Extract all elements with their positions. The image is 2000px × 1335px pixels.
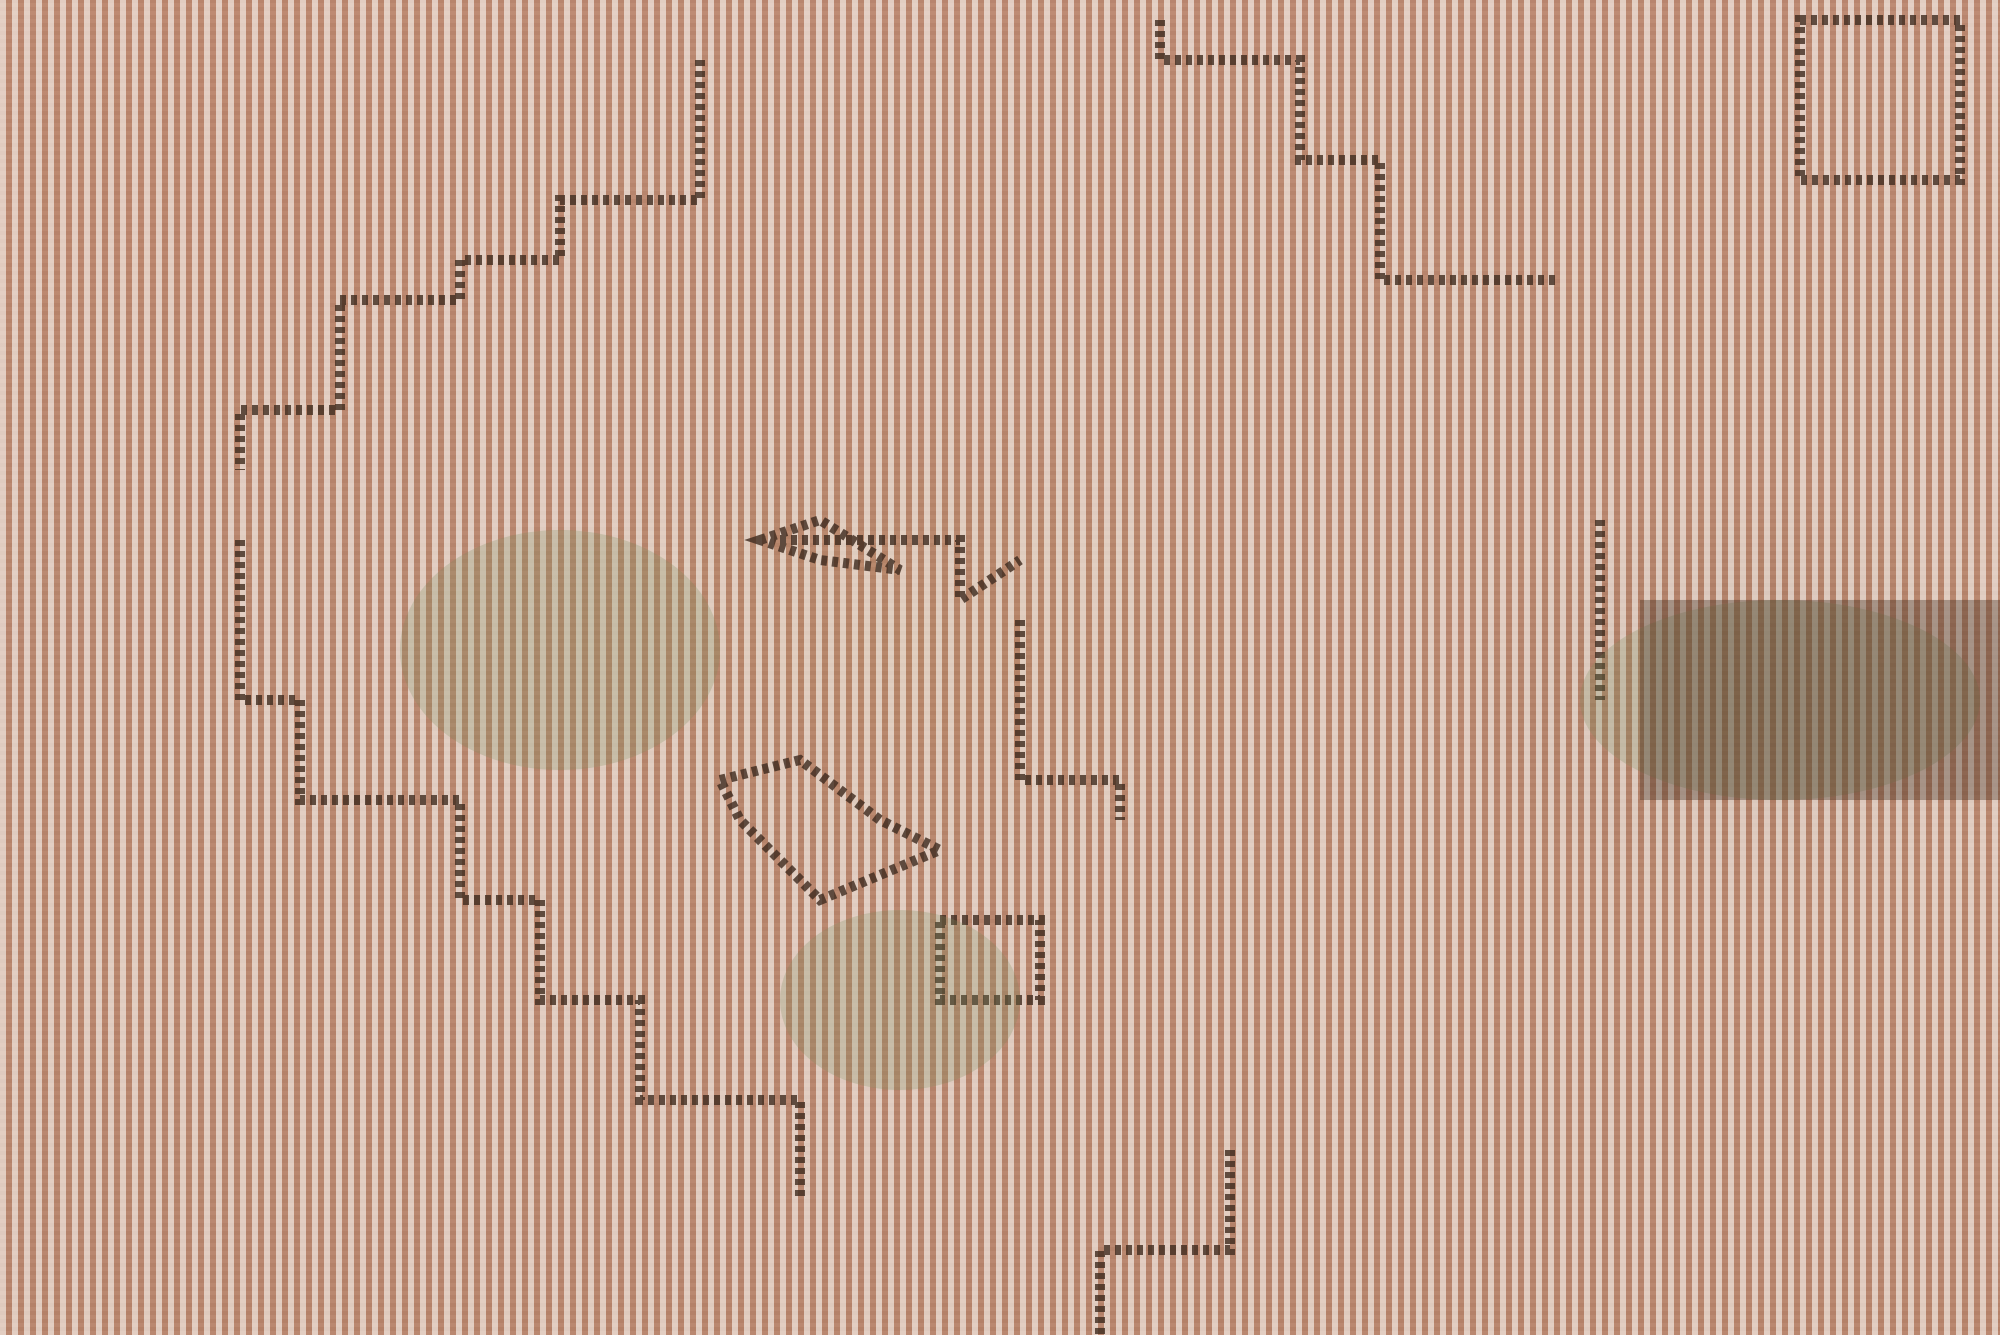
rug-texture-photo [0,0,2000,1335]
geometric-motif-overlay [0,0,2000,1335]
